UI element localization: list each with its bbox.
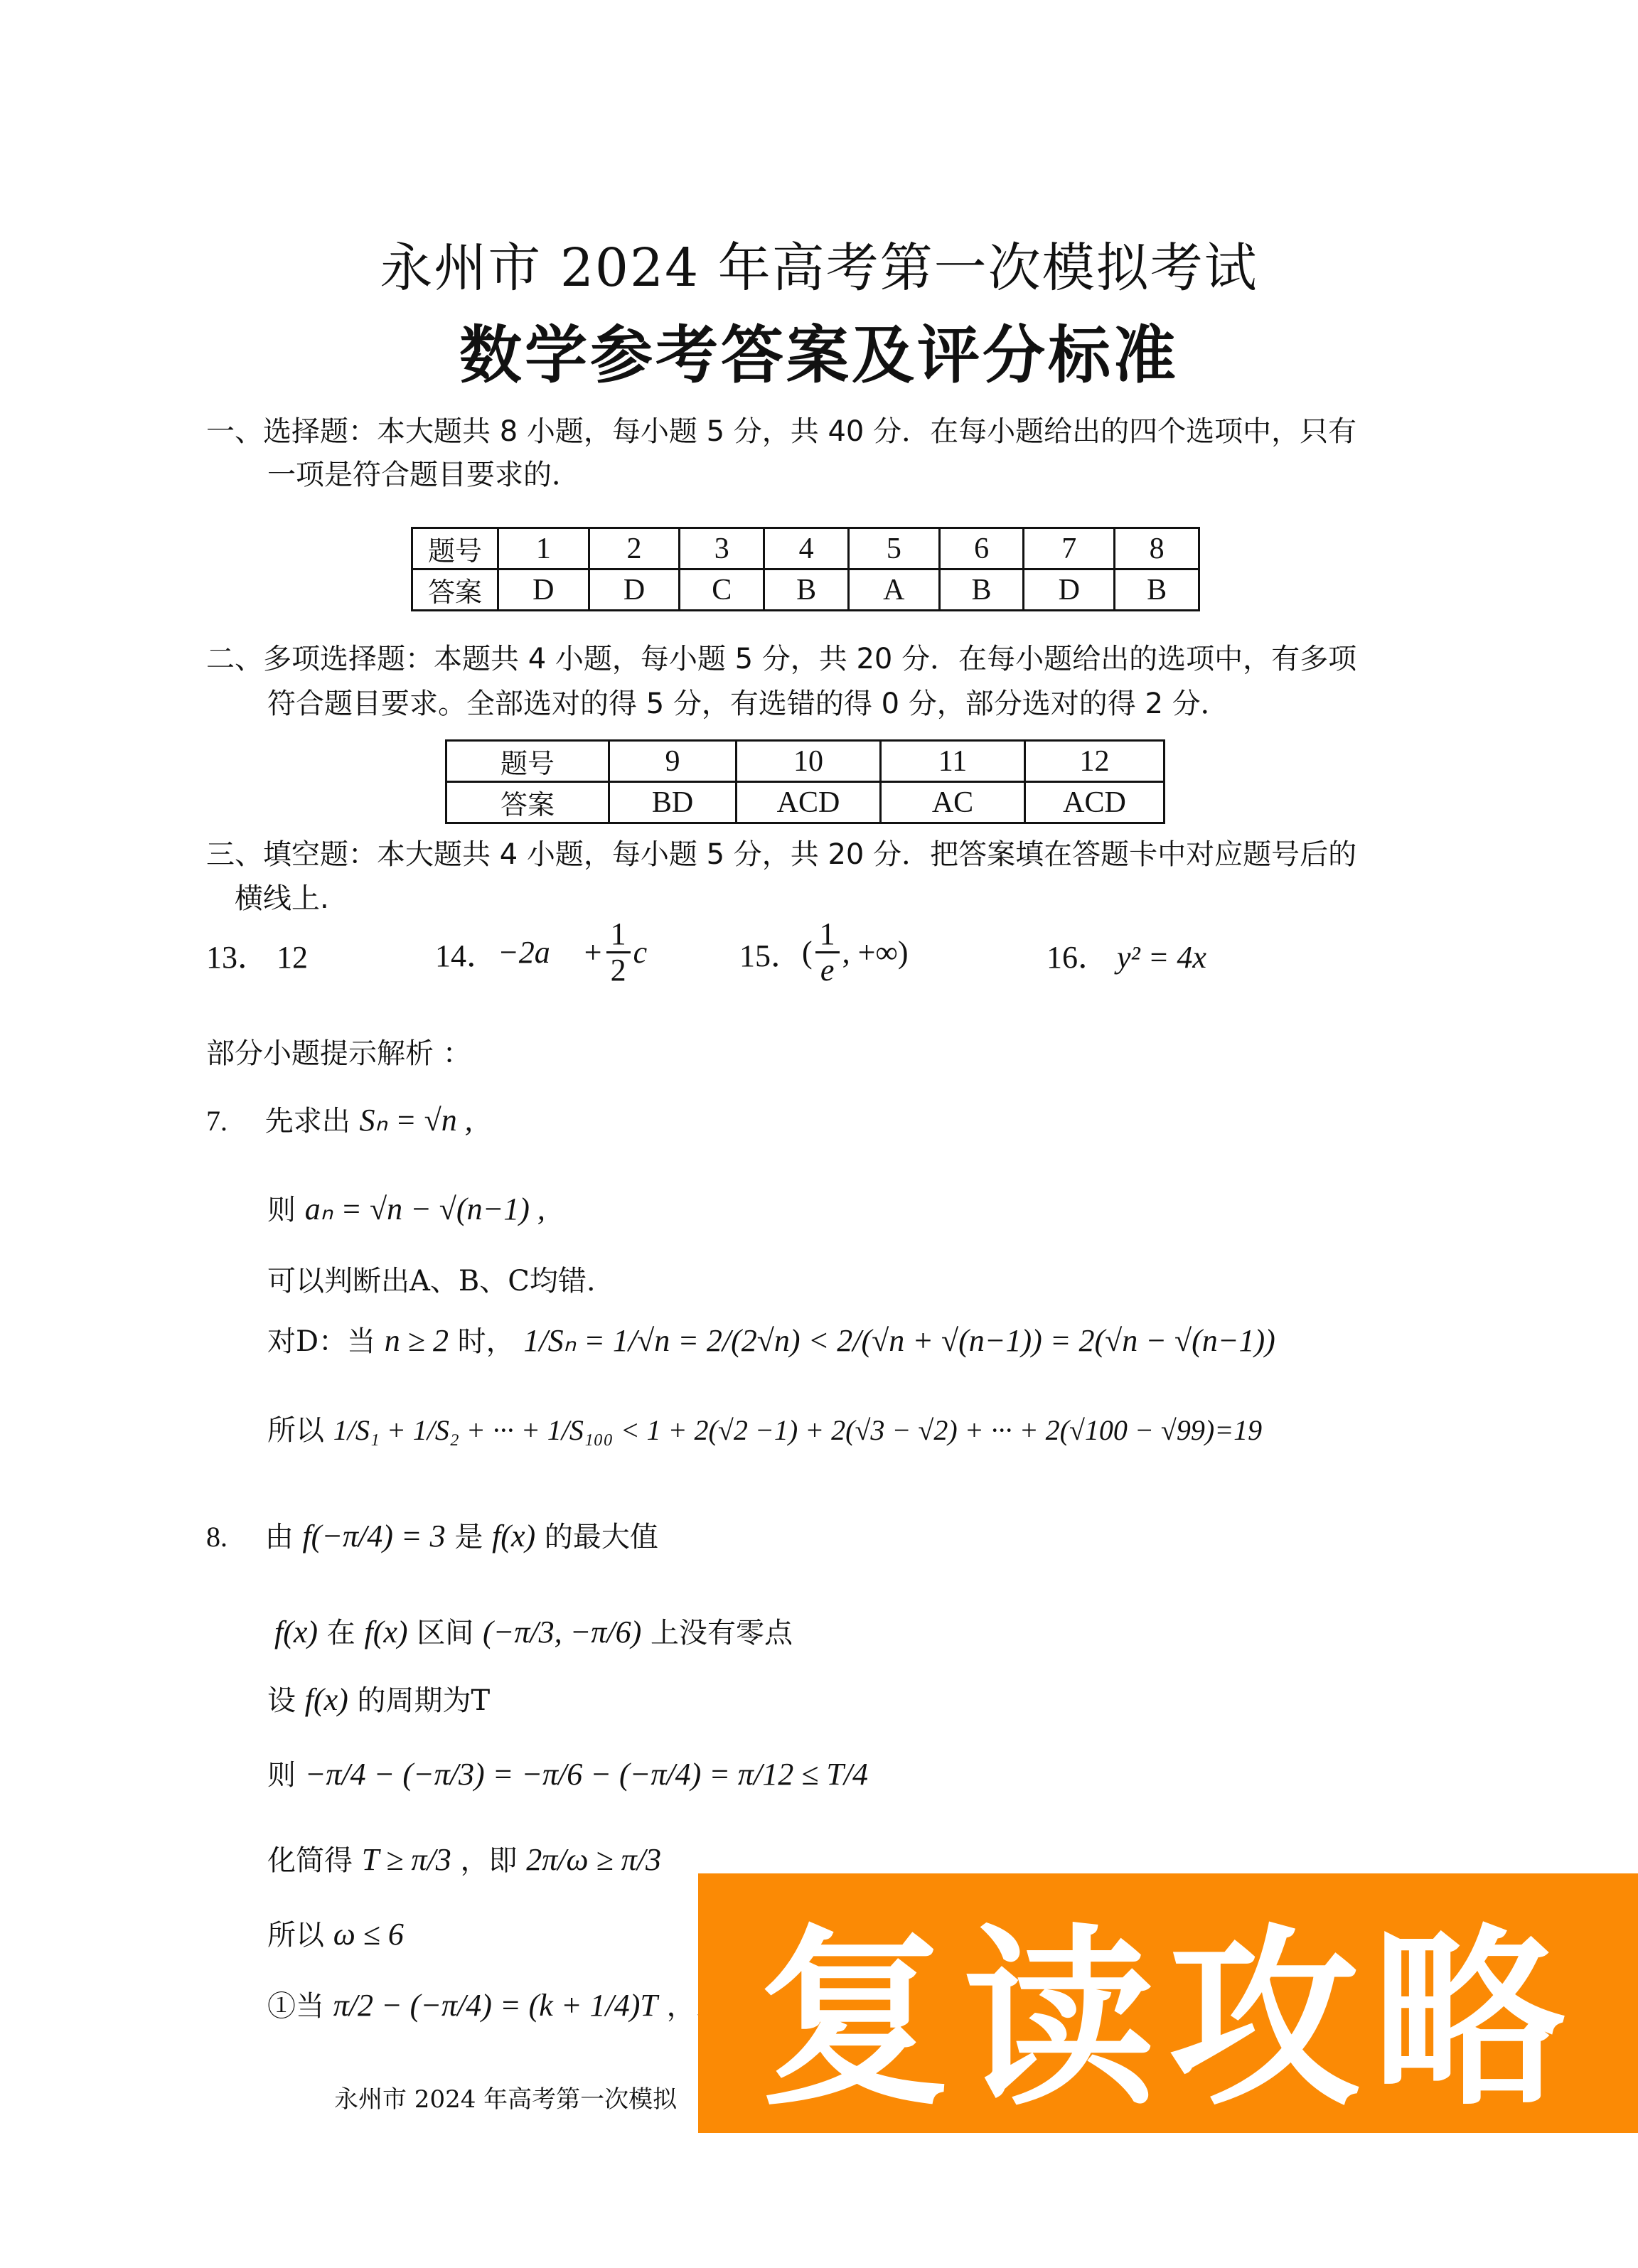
answer-cell: D (589, 569, 680, 611)
section1-heading: 一、选择题：本大题共 8 小题，每小题 5 分，共 40 分．在每小题给出的四个… (206, 409, 1356, 449)
q8-line1: 8. 由 f(−π/4) = 3 是 f(x) 的最大值 (206, 1514, 658, 1555)
multi-answer-table: 题号 9 10 11 12 答案 BD ACD AC ACD (445, 739, 1165, 824)
question-cell: 1 (498, 528, 589, 569)
row-label: 题号 (412, 528, 498, 569)
section3-heading: 三、填空题：本大题共 4 小题，每小题 5 分，共 20 分．把答案填在答题卡中… (206, 832, 1356, 872)
answer-cell: ACD (737, 782, 881, 823)
question-cell: 5 (848, 528, 939, 569)
section2-heading: 二、多项选择题：本题共 4 小题，每小题 5 分，共 20 分．在每小题给出的选… (206, 636, 1356, 677)
q7-line1: 7. 先求出 Sₙ = √n , (206, 1098, 473, 1139)
section2-heading-cont: 符合题目要求。全部选对的得 5 分，有选错的得 0 分，部分选对的得 2 分． (267, 681, 1229, 722)
answer-cell: A (848, 569, 939, 611)
table-row-answers: 答案 D D C B A B D B (412, 569, 1199, 611)
q8-line4: 则 −π/4 − (−π/3) = −π/6 − (−π/4) = π/12 ≤… (267, 1753, 868, 1793)
q7-line2: 则 aₙ = √n − √(n−1) , (267, 1187, 545, 1228)
fill-answer-16: 16． y² = 4x (1046, 931, 1206, 977)
section3-heading-cont: 横线上. (235, 876, 329, 916)
row-label: 答案 (412, 569, 498, 611)
question-cell: 9 (609, 741, 737, 782)
answer-cell: BD (609, 782, 737, 823)
q8-line5: 化简得 T ≥ π/3 ，即 2π/ω ≥ π/3 (267, 1838, 661, 1878)
table-row-answers: 答案 BD ACD AC ACD (446, 782, 1165, 823)
answer-cell: B (1115, 569, 1199, 611)
q7-line3: 可以判断出A、B、C均错. (267, 1258, 596, 1299)
page-footer: 永州市 2024 年高考第一次模拟 (334, 2080, 677, 2114)
mc-answer-table: 题号 1 2 3 4 5 6 7 8 答案 D D C B A B D B (411, 527, 1200, 611)
answer-cell: C (680, 569, 764, 611)
table-row-questions: 题号 9 10 11 12 (446, 741, 1165, 782)
answer-cell: ACD (1025, 782, 1165, 823)
question-cell: 2 (589, 528, 680, 569)
q8-line2: f(x) 在 f(x) 区间 (−π/3, −π/6) 上没有零点 (274, 1610, 793, 1651)
answer-cell: B (939, 569, 1024, 611)
document-title: 数学参考答案及评分标准 (0, 306, 1638, 395)
q8-line6: 所以 ω ≤ 6 (267, 1913, 404, 1953)
question-cell: 12 (1025, 741, 1165, 782)
question-cell: 10 (737, 741, 881, 782)
fill-answer-15: 15． ( 1e , +∞) (739, 917, 909, 988)
answer-cell: D (498, 569, 589, 611)
row-label: 答案 (446, 782, 609, 823)
q7-line5: 所以 1/S₁ + 1/S₂ + ··· + 1/S₁₀₀ < 1 + 2(√2… (267, 1408, 1262, 1448)
section1-heading-cont: 一项是符合题目要求的． (267, 452, 580, 493)
answer-cell: D (1024, 569, 1115, 611)
question-cell: 8 (1115, 528, 1199, 569)
hints-heading: 部分小题提示解析 ： (206, 1031, 471, 1071)
answer-cell: AC (881, 782, 1025, 823)
question-cell: 4 (764, 528, 849, 569)
fill-answer-14: 14． −2a⃗ + 12 c⃗ (435, 917, 671, 988)
exam-title: 永州市 2024 年高考第一次模拟考试 (0, 226, 1638, 301)
q7-line4: 对D：当 n ≥ 2 时， 1/Sₙ = 1/√n = 2/(2√n) < 2/… (267, 1319, 1275, 1359)
table-row-questions: 题号 1 2 3 4 5 6 7 8 (412, 528, 1199, 569)
row-label: 题号 (446, 741, 609, 782)
answer-cell: B (764, 569, 849, 611)
question-cell: 11 (881, 741, 1025, 782)
fill-answer-13: 13． 12 (206, 931, 308, 977)
q8-line7: ①当 π/2 − (−π/4) = (k + 1/4)T ，即T (267, 1984, 742, 2024)
question-cell: 6 (939, 528, 1024, 569)
question-cell: 3 (680, 528, 764, 569)
watermark-banner: 复读攻略 (698, 1873, 1638, 2133)
question-cell: 7 (1024, 528, 1115, 569)
q8-line3: 设 f(x) 的周期为T (267, 1678, 490, 1718)
